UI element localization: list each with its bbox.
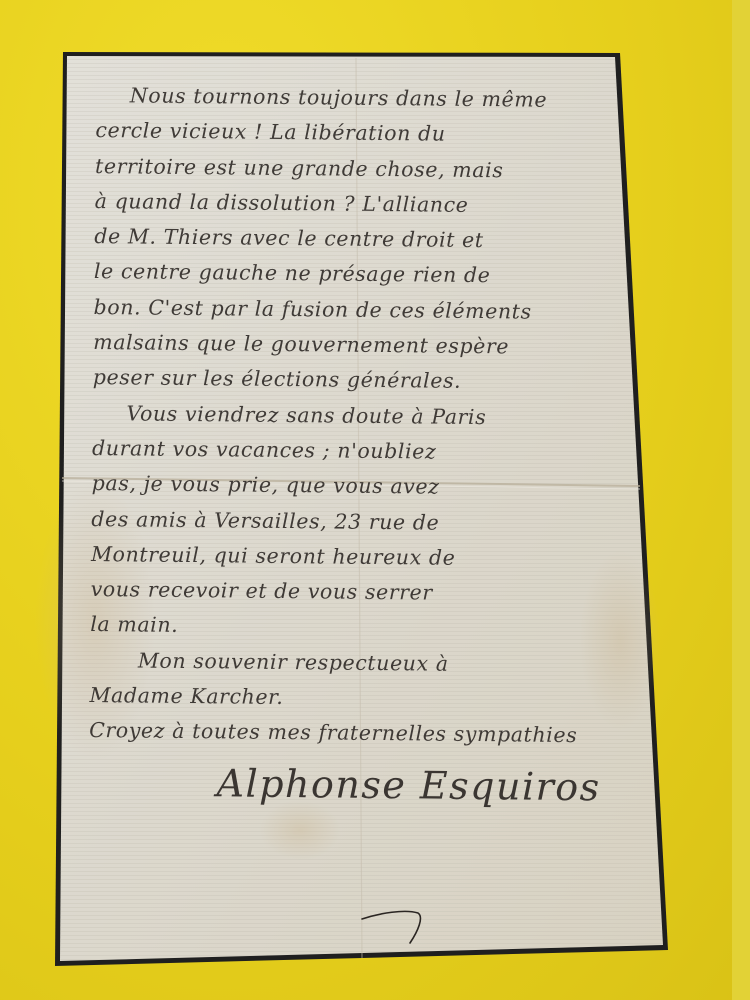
letter-line: la main. [90,607,650,648]
letter-line: Mon souvenir respectueux à [90,643,650,684]
letter-line: territoire est une grande chose, mais [95,149,655,190]
letter-line: bon. C'est par la fusion de ces éléments [93,290,653,331]
letter-line: à quand la dissolution ? L'alliance [95,184,655,225]
letter-line: des amis à Versailles, 23 rue de [91,502,651,543]
letter-line: le centre gauche ne présage rien de [94,254,654,295]
letter-line: Croyez à toutes mes fraternelles sympath… [89,713,649,754]
letter-sheet: Nous tournons toujours dans le même cerc… [0,0,750,1000]
letter-line: Madame Karcher. [89,678,649,719]
letter-line: peser sur les élections générales. [93,360,653,401]
letter-line: cercle vicieux ! La libération du [95,113,655,154]
letter-line: pas, je vous prie, que vous avez [92,466,652,507]
letter-line: vous recevoir et de vous serrer [90,572,650,613]
letter-line: durant vos vacances ; n'oubliez [92,431,652,472]
letter-line: de M. Thiers avec le centre droit et [94,219,654,260]
signature: Alphonse Esquiros [88,757,649,821]
letter-line: Montreuil, qui seront heureux de [91,537,651,578]
letter-line: malsains que le gouvernement espère [93,325,653,366]
letter-line: Vous viendrez sans doute à Paris [92,396,652,437]
letter-body: Nous tournons toujours dans le même cerc… [88,78,656,820]
letter-line: Nous tournons toujours dans le même [96,78,656,119]
signature-flourish-icon [360,905,430,945]
